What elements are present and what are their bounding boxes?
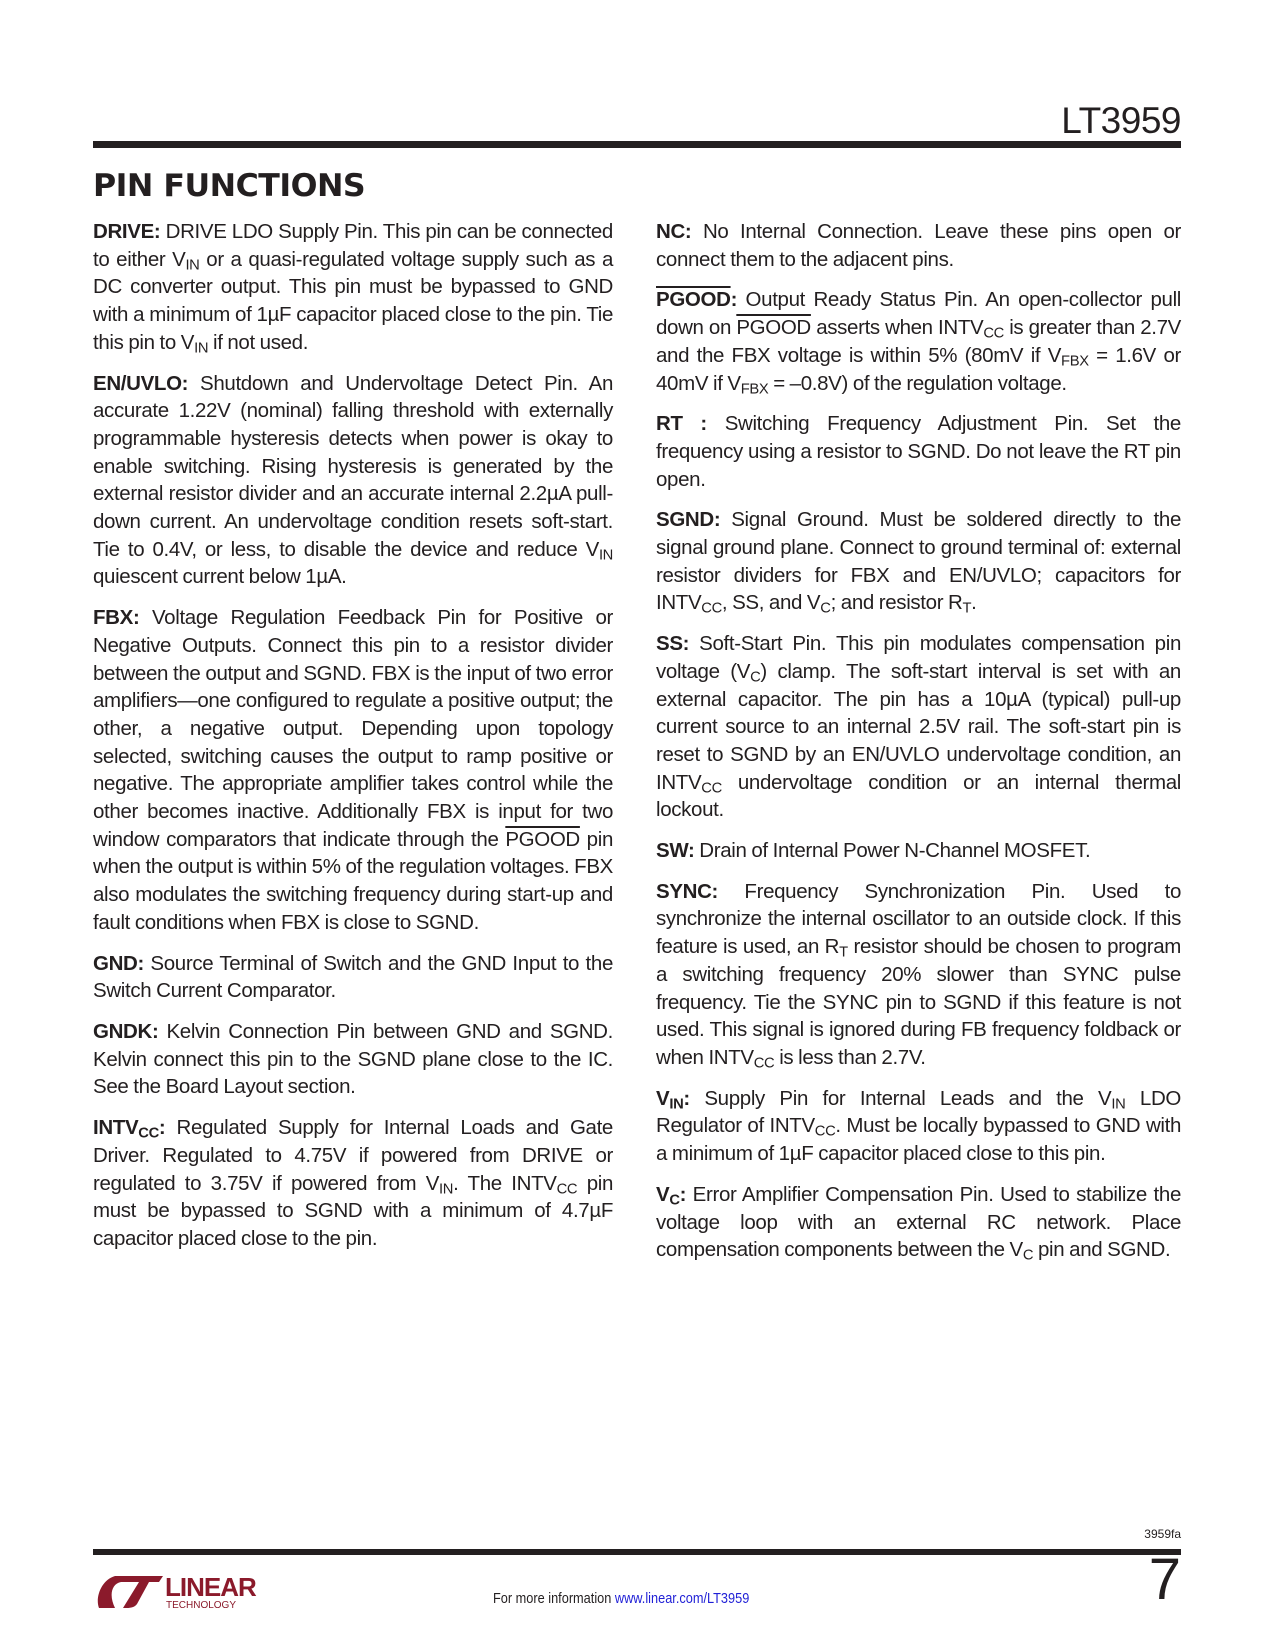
- pin-description: DRIVE: DRIVE LDO Supply Pin. This pin ca…: [93, 218, 613, 357]
- pin-text: DRIVE LDO Supply Pin. This pin can be co…: [93, 220, 613, 354]
- footer-rule: [93, 1549, 1181, 1555]
- pin-text: Frequency Synchronization Pin. Used to s…: [656, 880, 1181, 1069]
- page-number: 7: [1149, 1551, 1181, 1609]
- pin-description: FBX: Voltage Regulation Feedback Pin for…: [93, 604, 613, 936]
- part-number: LT3959: [1061, 100, 1181, 142]
- pin-text: Switching Frequency Adjustment Pin. Set …: [656, 412, 1181, 490]
- pin-text: Regulated Supply for Internal Loads and …: [93, 1116, 613, 1250]
- pin-name: SYNC:: [656, 880, 718, 903]
- pin-name: VIN:: [656, 1087, 690, 1110]
- pin-name: DRIVE:: [93, 220, 160, 243]
- product-link[interactable]: www.linear.com/LT3959: [615, 1590, 749, 1607]
- footer-info: For more information www.linear.com/LT39…: [493, 1590, 749, 1607]
- pin-description: GND: Source Terminal of Switch and the G…: [93, 950, 613, 1005]
- pin-text: Kelvin Connection Pin between GND and SG…: [93, 1020, 613, 1098]
- pin-text: Source Terminal of Switch and the GND In…: [93, 952, 613, 1003]
- pin-name: SGND:: [656, 508, 720, 531]
- pin-name: RT :: [656, 412, 707, 435]
- pin-description: GNDK: Kelvin Connection Pin between GND …: [93, 1018, 613, 1101]
- pin-description: SW: Drain of Internal Power N-Channel MO…: [656, 837, 1181, 865]
- pin-description: SS: Soft-Start Pin. This pin modulates c…: [656, 630, 1181, 824]
- pin-name: INTVCC:: [93, 1116, 165, 1139]
- pin-text: Error Amplifier Compensation Pin. Used t…: [656, 1183, 1181, 1261]
- pin-description: RT : Switching Frequency Adjustment Pin.…: [656, 410, 1181, 493]
- pin-description: NC: No Internal Connection. Leave these …: [656, 218, 1181, 273]
- pin-description: INTVCC: Regulated Supply for Internal Lo…: [93, 1114, 613, 1253]
- pin-text: Voltage Regulation Feedback Pin for Posi…: [93, 606, 613, 934]
- pin-text: Shutdown and Undervoltage Detect Pin. An…: [93, 372, 613, 589]
- pin-description: PGOOD: Output Ready Status Pin. An open-…: [656, 286, 1181, 397]
- pin-name: GNDK:: [93, 1020, 158, 1043]
- pin-name: GND:: [93, 952, 144, 975]
- pin-description: VC: Error Amplifier Compensation Pin. Us…: [656, 1181, 1181, 1264]
- pin-list-right: NC: No Internal Connection. Leave these …: [656, 218, 1181, 1277]
- pin-description: SGND: Signal Ground. Must be soldered di…: [656, 506, 1181, 617]
- pin-name: VC:: [656, 1183, 686, 1206]
- logo-mark-icon: LINEAR TECHNOLOGY: [93, 1568, 263, 1610]
- pin-name: FBX:: [93, 606, 139, 629]
- pin-description: EN/UVLO: Shutdown and Undervoltage Detec…: [93, 370, 613, 592]
- footer-info-text: For more information: [493, 1590, 615, 1607]
- pin-text: Signal Ground. Must be soldered directly…: [656, 508, 1181, 614]
- pin-list-left: DRIVE: DRIVE LDO Supply Pin. This pin ca…: [93, 218, 613, 1266]
- linear-technology-logo: LINEAR TECHNOLOGY: [93, 1568, 263, 1610]
- section-title: PIN FUNCTIONS: [93, 168, 365, 204]
- pin-text: Drain of Internal Power N-Channel MOSFET…: [694, 839, 1090, 862]
- pin-text: No Internal Connection. Leave these pins…: [656, 220, 1181, 271]
- revision-code: 3959fa: [1144, 1527, 1181, 1541]
- header-rule: [93, 141, 1181, 148]
- pin-text: Soft-Start Pin. This pin modulates compe…: [656, 632, 1181, 821]
- pin-description: SYNC: Frequency Synchronization Pin. Use…: [656, 878, 1181, 1072]
- svg-text:LINEAR: LINEAR: [165, 1572, 257, 1602]
- pin-name: PGOOD:: [656, 288, 737, 311]
- pin-text: Supply Pin for Internal Leads and the VI…: [656, 1087, 1181, 1165]
- pin-name: SW:: [656, 839, 694, 862]
- svg-text:TECHNOLOGY: TECHNOLOGY: [166, 1600, 236, 1610]
- pin-description: VIN: Supply Pin for Internal Leads and t…: [656, 1085, 1181, 1168]
- pin-name: SS:: [656, 632, 689, 655]
- pin-name: EN/UVLO:: [93, 372, 188, 395]
- pin-name: NC:: [656, 220, 691, 243]
